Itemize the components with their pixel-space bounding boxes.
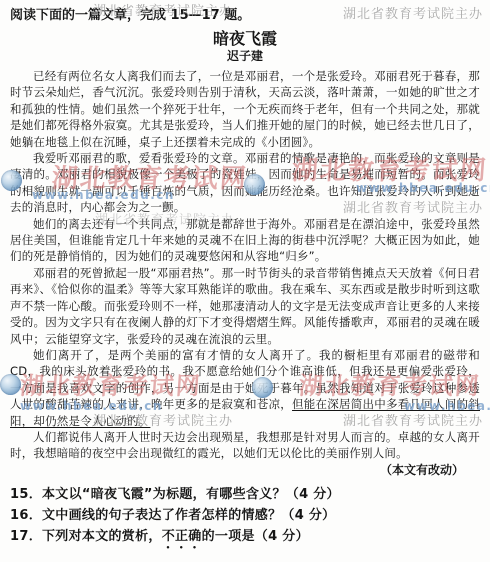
question-list: 15．本文以“暗夜飞霞”为标题，有哪些含义？（4 分） 16．文中画线的句子表达… [10, 484, 480, 552]
end-note: （本文有改动） [10, 462, 480, 479]
paragraph-5: 她们离开了，是两个美丽的富有才情的女人离开了。我的橱柜里有邓丽君的磁带和 CD，… [10, 347, 480, 429]
exam-page: 湖北省教育考试院主办 湖北省教育考试院主办 湖北教育考试网 www.hbea.e… [0, 0, 490, 562]
reading-instruction: 阅读下面的一篇文章，完成 15—17 题。 [10, 7, 480, 24]
paragraph-4: 邓丽君的死曾掀起一股“邓丽君热”。那一时节街头的录音带销售摊点天天放着《何日君再… [10, 265, 480, 347]
article-author: 迟子建 [10, 49, 480, 64]
paragraph-3: 她们的离去还有一个共同点，那就是都辞世于海外。邓丽君是在漂泊途中，张爱玲虽然居住… [10, 216, 480, 265]
emphasized-incorrect: 不正确 [162, 529, 202, 544]
document-content: 阅读下面的一篇文章，完成 15—17 题。 暗夜飞霞 迟子建 已经有两位名女人离… [0, 0, 490, 552]
paragraph-2: 我爱听邓丽君的歌，爱看张爱玲的文章。邓丽君的情歌是凄艳的，而张爱玲的文章则是凄清… [10, 150, 480, 216]
question-15: 15．本文以“暗夜飞霞”为标题，有哪些含义？（4 分） [10, 484, 480, 505]
paragraph-6: 人们都说伟人离开人世时天边会出现殒星，我想那是针对男人而言的。卓越的女人离开时，… [10, 429, 480, 462]
question-17-prefix: 17．下列对本文的赏析， [10, 529, 162, 544]
question-17: 17．下列对本文的赏析，不正确的一项是（4 分） [10, 526, 480, 552]
question-16: 16．文中画线的句子表达了作者怎样的情感？（4 分） [10, 505, 480, 526]
article-title: 暗夜飞霞 [10, 28, 480, 49]
paragraph-1: 已经有两位名女人离我们而去了，一位是邓丽君，一个是张爱玲。邓丽君死于暮春，那时节… [10, 68, 480, 150]
question-17-suffix: 的一项是（4 分） [202, 529, 309, 544]
